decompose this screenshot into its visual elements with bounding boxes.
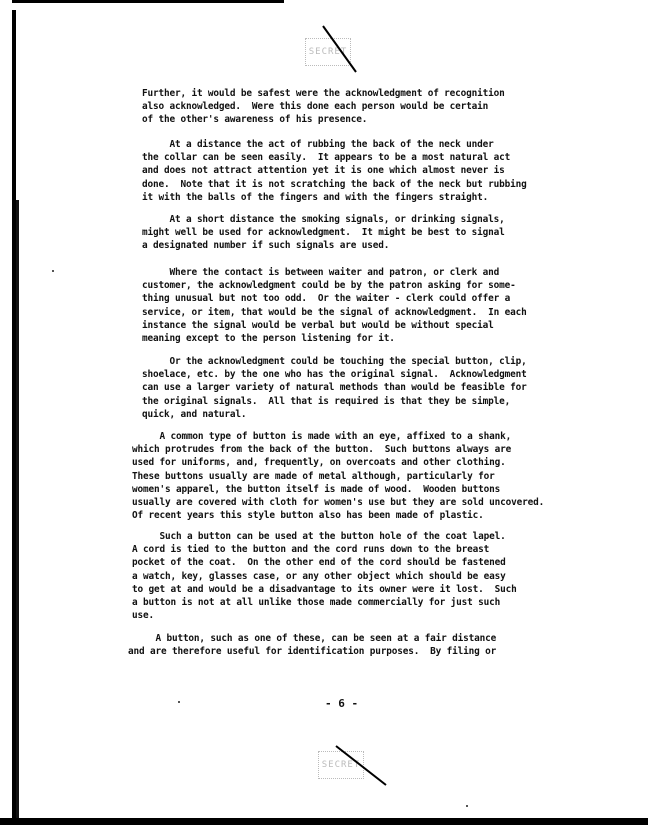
scan-border-left-shadow [16, 200, 19, 825]
scan-speck [178, 701, 180, 703]
scan-border-top [12, 0, 284, 3]
paragraph-6: A common type of button is made with an … [132, 430, 544, 522]
paragraph-4: Where the contact is between waiter and … [142, 266, 527, 345]
strikeout-slash-bottom [334, 744, 390, 789]
scan-speck [466, 805, 468, 807]
page-number: - 6 - [325, 697, 358, 710]
paragraph-8: A button, such as one of these, can be s… [128, 632, 496, 658]
paragraph-7: Such a button can be used at the button … [132, 530, 517, 622]
paragraph-2: At a distance the act of rubbing the bac… [142, 138, 527, 204]
paragraph-1: Further, it would be safest were the ack… [142, 87, 505, 127]
scan-speck [52, 270, 54, 272]
scan-border-bottom [0, 818, 648, 825]
paragraph-3: At a short distance the smoking signals,… [142, 213, 505, 253]
strikeout-slash-top [320, 24, 360, 74]
paragraph-5: Or the acknowledgment could be touching … [142, 355, 527, 421]
